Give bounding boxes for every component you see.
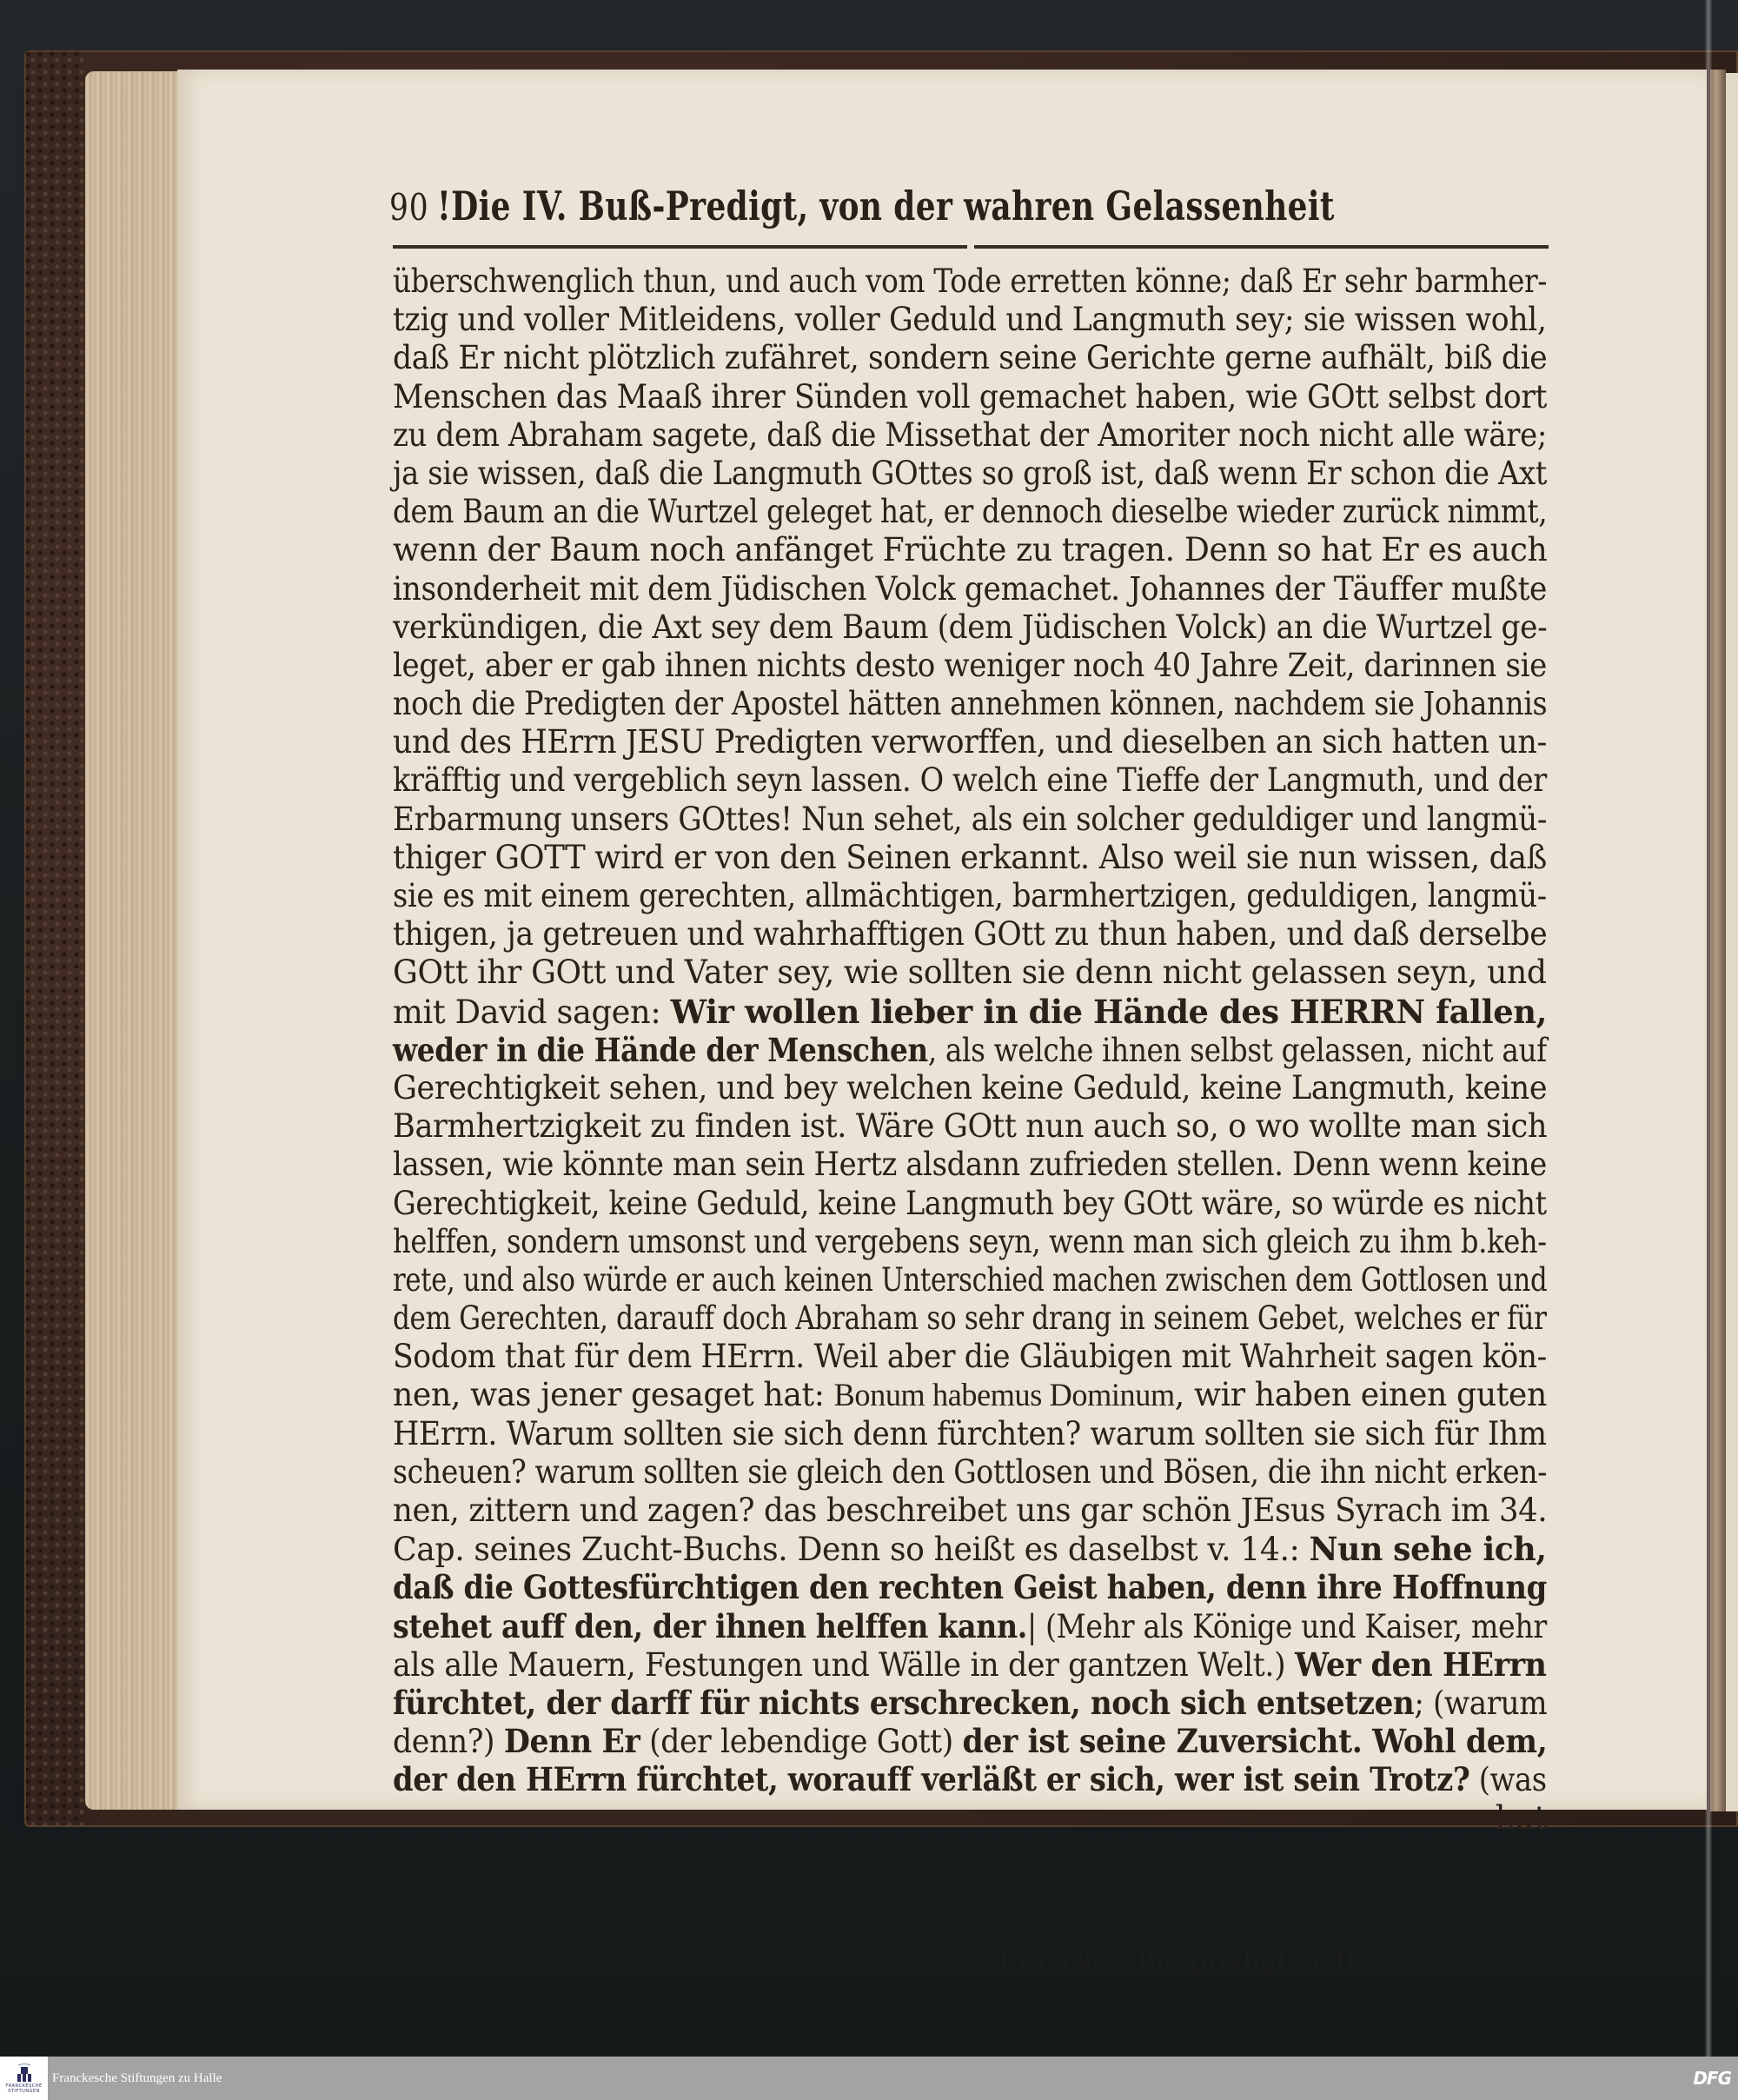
text-segment: , wir haben einen guten bbox=[1175, 1376, 1547, 1413]
text-line: nen, was jener gesaget hat: Bonum habemu… bbox=[393, 1376, 1547, 1414]
text-line: verkündigen, die Axt sey dem Baum (dem J… bbox=[393, 608, 1547, 647]
text-line: ja sie wissen, daß die Langmuth GOttes s… bbox=[393, 455, 1547, 493]
text-line: denn?) Denn Er (der lebendige Gott) der … bbox=[393, 1722, 1547, 1760]
text-line: Sodom that für dem HErrn. Weil aber die … bbox=[393, 1338, 1547, 1376]
page-stack-edges bbox=[85, 71, 179, 1810]
glass-holder-reflection bbox=[1705, 0, 1712, 2057]
text-line-content: hat bbox=[1495, 1799, 1547, 1837]
text-line-content: dem Gerechten, darauff doch Abraham so s… bbox=[393, 1299, 1547, 1338]
text-line-content: nen, zittern und zagen? das beschreibet … bbox=[393, 1492, 1547, 1530]
text-line: rete, und also würde er auch keinen Unte… bbox=[393, 1261, 1547, 1299]
text-line: mit David sagen: Wir wollen lieber in di… bbox=[393, 993, 1547, 1031]
text-line: stehet auff den, der ihnen helffen kann.… bbox=[393, 1607, 1547, 1645]
emphasized-quote: weder in die Hände der Menschen bbox=[393, 1031, 928, 1069]
text-line-content: Erbarmung unsers GOttes! Nun sehet, als … bbox=[393, 801, 1547, 839]
text-line-content: scheuen? warum sollten sie gleich den Go… bbox=[393, 1453, 1547, 1492]
text-line-content: mit David sagen: Wir wollen lieber in di… bbox=[393, 993, 1547, 1032]
text-line-content: rete, und also würde er auch keinen Unte… bbox=[393, 1261, 1547, 1299]
latin-quote: Bonum habemus Dominum bbox=[834, 1378, 1175, 1413]
text-line: Gerechtigkeit sehen, und bey welchen kei… bbox=[393, 1069, 1547, 1107]
text-line: als alle Mauern, Festungen und Wälle in … bbox=[393, 1645, 1547, 1684]
text-line: der den HErrn fürchtet, worauff verläßt … bbox=[393, 1760, 1547, 1798]
body-text: überschwenglich thun, und auch vom Tode … bbox=[393, 262, 1547, 1837]
book-gutter bbox=[1710, 70, 1726, 1811]
text-line: sie es mit einem gerechten, allmächtigen… bbox=[393, 877, 1547, 915]
text-line-content: tzig und voller Mitleidens, voller Gedul… bbox=[393, 301, 1547, 339]
emphasized-quote: fürchtet, der darff für nichts erschreck… bbox=[393, 1684, 1414, 1722]
text-line-content: HErrn. Warum sollten sie sich denn fürch… bbox=[393, 1415, 1547, 1453]
text-segment: Cap. seines Zucht-Buchs. Denn so heißt e… bbox=[393, 1531, 1310, 1568]
dfg-logo[interactable]: DFG bbox=[1693, 2068, 1731, 2089]
catchword: hat bbox=[393, 1799, 1547, 1837]
text-line: zu dem Abraham sagete, daß die Missethat… bbox=[393, 416, 1547, 455]
text-line: thigen, ja getreuen und wahrhafftigen GO… bbox=[393, 915, 1547, 954]
emphasized-quote: Denn Er bbox=[504, 1722, 640, 1760]
text-line-content: Gerechtigkeit sehen, und bey welchen kei… bbox=[393, 1069, 1547, 1107]
text-segment: (der lebendige Gott) bbox=[640, 1723, 962, 1760]
text-line-content: als alle Mauern, Festungen und Wälle in … bbox=[393, 1645, 1547, 1685]
text-line-content: denn?) Denn Er (der lebendige Gott) der … bbox=[393, 1722, 1547, 1761]
text-line-content: überschwenglich thun, und auch vom Tode … bbox=[393, 262, 1547, 301]
text-line-content: insonderheit mit dem Jüdischen Volck gem… bbox=[393, 570, 1547, 608]
text-line-content: GOtt ihr GOtt und Vater sey, wie sollten… bbox=[393, 954, 1547, 992]
text-line-content: nen, was jener gesaget hat: Bonum habemu… bbox=[393, 1376, 1547, 1415]
text-line: scheuen? warum sollten sie gleich den Go… bbox=[393, 1453, 1547, 1492]
text-segment: nen, was jener gesaget hat: bbox=[393, 1376, 834, 1413]
text-line-content: und des HErrn JESU Predigten verworffen,… bbox=[393, 723, 1547, 761]
text-line-content: noch die Predigten der Apostel hätten an… bbox=[393, 685, 1547, 723]
text-segment: | (Mehr als Könige und Kaiser, mehr bbox=[1027, 1608, 1547, 1645]
text-line-content: Sodom that für dem HErrn. Weil aber die … bbox=[393, 1338, 1547, 1376]
text-line-content: verkündigen, die Axt sey dem Baum (dem J… bbox=[393, 608, 1547, 647]
text-line: Barmhertzigkeit zu finden ist. Wäre GOtt… bbox=[393, 1107, 1547, 1146]
text-line-content: stehet auff den, der ihnen helffen kann.… bbox=[393, 1607, 1547, 1646]
text-line-content: leget, aber er gab ihnen nichts desto we… bbox=[393, 647, 1547, 685]
text-line: helffen, sondern umsonst und vergebens s… bbox=[393, 1223, 1547, 1261]
text-line-content: lassen, wie könnte man sein Hertz alsdan… bbox=[393, 1146, 1547, 1184]
text-line-content: ja sie wissen, daß die Langmuth GOttes s… bbox=[393, 455, 1547, 493]
text-line-content: thiger GOTT wird er von den Seinen erkan… bbox=[393, 839, 1547, 877]
text-line: thiger GOTT wird er von den Seinen erkan… bbox=[393, 839, 1547, 877]
text-line-content: daß die Gottesfürchtigen den rechten Gei… bbox=[393, 1568, 1547, 1607]
text-line: dem Gerechten, darauff doch Abraham so s… bbox=[393, 1299, 1547, 1338]
emphasized-quote: der ist seine Zuversicht. Wohl dem, bbox=[962, 1722, 1547, 1760]
franckesche-logo[interactable]: FRANCKESCHE STIFTUNGEN bbox=[0, 2057, 48, 2100]
text-line: und des HErrn JESU Predigten verworffen,… bbox=[393, 723, 1547, 761]
text-segment: ; (warum bbox=[1414, 1685, 1547, 1722]
text-line-content: fürchtet, der darff für nichts erschreck… bbox=[393, 1684, 1547, 1723]
text-line-content: Menschen das Maaß ihrer Sünden voll gema… bbox=[393, 378, 1547, 416]
text-line: Gerechtigkeit, keine Geduld, keine Langm… bbox=[393, 1185, 1547, 1223]
emphasized-quote: stehet auff den, der ihnen helffen kann. bbox=[393, 1607, 1027, 1645]
text-line: nen, zittern und zagen? das beschreibet … bbox=[393, 1492, 1547, 1530]
text-line-content: helffen, sondern umsonst und vergebens s… bbox=[393, 1223, 1547, 1261]
text-line: kräfftig und vergeblich seyn lassen. O w… bbox=[393, 761, 1547, 800]
text-line-content: dem Baum an die Wurtzel geleget hat, er … bbox=[393, 493, 1547, 531]
orphanage-building-icon bbox=[15, 2063, 34, 2083]
text-segment: mit David sagen: bbox=[393, 994, 671, 1031]
text-line-content: wenn der Baum noch anfänget Früchte zu t… bbox=[393, 531, 1547, 569]
emphasized-quote: Wer den HErrn bbox=[1295, 1645, 1547, 1684]
text-line-content: zu dem Abraham sagete, daß die Missethat… bbox=[393, 416, 1547, 455]
institution-name[interactable]: Franckesche Stiftungen zu Halle bbox=[52, 2071, 222, 2086]
text-line: Menschen das Maaß ihrer Sünden voll gema… bbox=[393, 378, 1547, 416]
text-line-content: Barmhertzigkeit zu finden ist. Wäre GOtt… bbox=[393, 1107, 1547, 1146]
leather-texture bbox=[24, 50, 85, 1827]
text-line: daß Er nicht plötzlich zufähret, sondern… bbox=[393, 339, 1547, 377]
text-line: weder in die Hände der Menschen, als wel… bbox=[393, 1031, 1547, 1069]
text-line: überschwenglich thun, und auch vom Tode … bbox=[393, 262, 1547, 301]
text-line-content: weder in die Hände der Menschen, als wel… bbox=[393, 1031, 1547, 1070]
bleed-through-text: Francke's Bußpredigten. II. bbox=[999, 1947, 1364, 1977]
text-line: GOtt ihr GOtt und Vater sey, wie sollten… bbox=[393, 954, 1547, 992]
text-line-content: daß Er nicht plötzlich zufähret, sondern… bbox=[393, 339, 1547, 377]
text-line: lassen, wie könnte man sein Hertz alsdan… bbox=[393, 1146, 1547, 1184]
logo-text-line2: STIFTUNGEN bbox=[8, 2089, 40, 2094]
text-line-content: thigen, ja getreuen und wahrhafftigen GO… bbox=[393, 915, 1547, 954]
text-line: daß die Gottesfürchtigen den rechten Gei… bbox=[393, 1568, 1547, 1606]
facing-page-edge bbox=[1726, 73, 1738, 1811]
running-head-title: !Die IV. Buß-Predigt, von der wahren Gel… bbox=[437, 183, 1335, 229]
text-segment: , als welche ihnen selbst gelassen, nich… bbox=[928, 1032, 1547, 1069]
footer-bar: FRANCKESCHE STIFTUNGEN Franckesche Stift… bbox=[0, 2057, 1738, 2100]
emphasized-quote: daß die Gottesfürchtigen den rechten Gei… bbox=[393, 1568, 1547, 1606]
emphasized-quote: Nun sehe ich, bbox=[1310, 1530, 1547, 1568]
text-segment: als alle Mauern, Festungen und Wälle in … bbox=[393, 1646, 1295, 1684]
text-segment: denn?) bbox=[393, 1723, 504, 1760]
emphasized-quote: Wir wollen lieber in die Hände des HERRN… bbox=[671, 993, 1547, 1031]
head-rule bbox=[393, 245, 1549, 249]
text-line: fürchtet, der darff für nichts erschreck… bbox=[393, 1684, 1547, 1722]
text-line: leget, aber er gab ihnen nichts desto we… bbox=[393, 647, 1547, 685]
text-line: dem Baum an die Wurtzel geleget hat, er … bbox=[393, 493, 1547, 531]
page-number: 90 bbox=[389, 186, 428, 229]
text-line: noch die Predigten der Apostel hätten an… bbox=[393, 685, 1547, 723]
text-line: HErrn. Warum sollten sie sich denn fürch… bbox=[393, 1415, 1547, 1453]
text-line: Erbarmung unsers GOttes! Nun sehet, als … bbox=[393, 801, 1547, 839]
text-line: wenn der Baum noch anfänget Früchte zu t… bbox=[393, 531, 1547, 569]
text-line-content: Cap. seines Zucht-Buchs. Denn so heißt e… bbox=[393, 1530, 1547, 1569]
text-segment: (was bbox=[1469, 1761, 1546, 1798]
running-head: 90 !Die IV. Buß-Predigt, von der wahren … bbox=[389, 183, 1545, 243]
text-line-content: sie es mit einem gerechten, allmächtigen… bbox=[393, 877, 1547, 915]
text-line-content: der den HErrn fürchtet, worauff verläßt … bbox=[393, 1760, 1547, 1799]
text-line: tzig und voller Mitleidens, voller Gedul… bbox=[393, 301, 1547, 339]
emphasized-quote: der den HErrn fürchtet, worauff verläßt … bbox=[393, 1760, 1469, 1798]
text-line-content: kräfftig und vergeblich seyn lassen. O w… bbox=[393, 761, 1547, 800]
text-line: insonderheit mit dem Jüdischen Volck gem… bbox=[393, 570, 1547, 608]
text-line: Cap. seines Zucht-Buchs. Denn so heißt e… bbox=[393, 1530, 1547, 1568]
text-line-content: Gerechtigkeit, keine Geduld, keine Langm… bbox=[393, 1185, 1547, 1223]
